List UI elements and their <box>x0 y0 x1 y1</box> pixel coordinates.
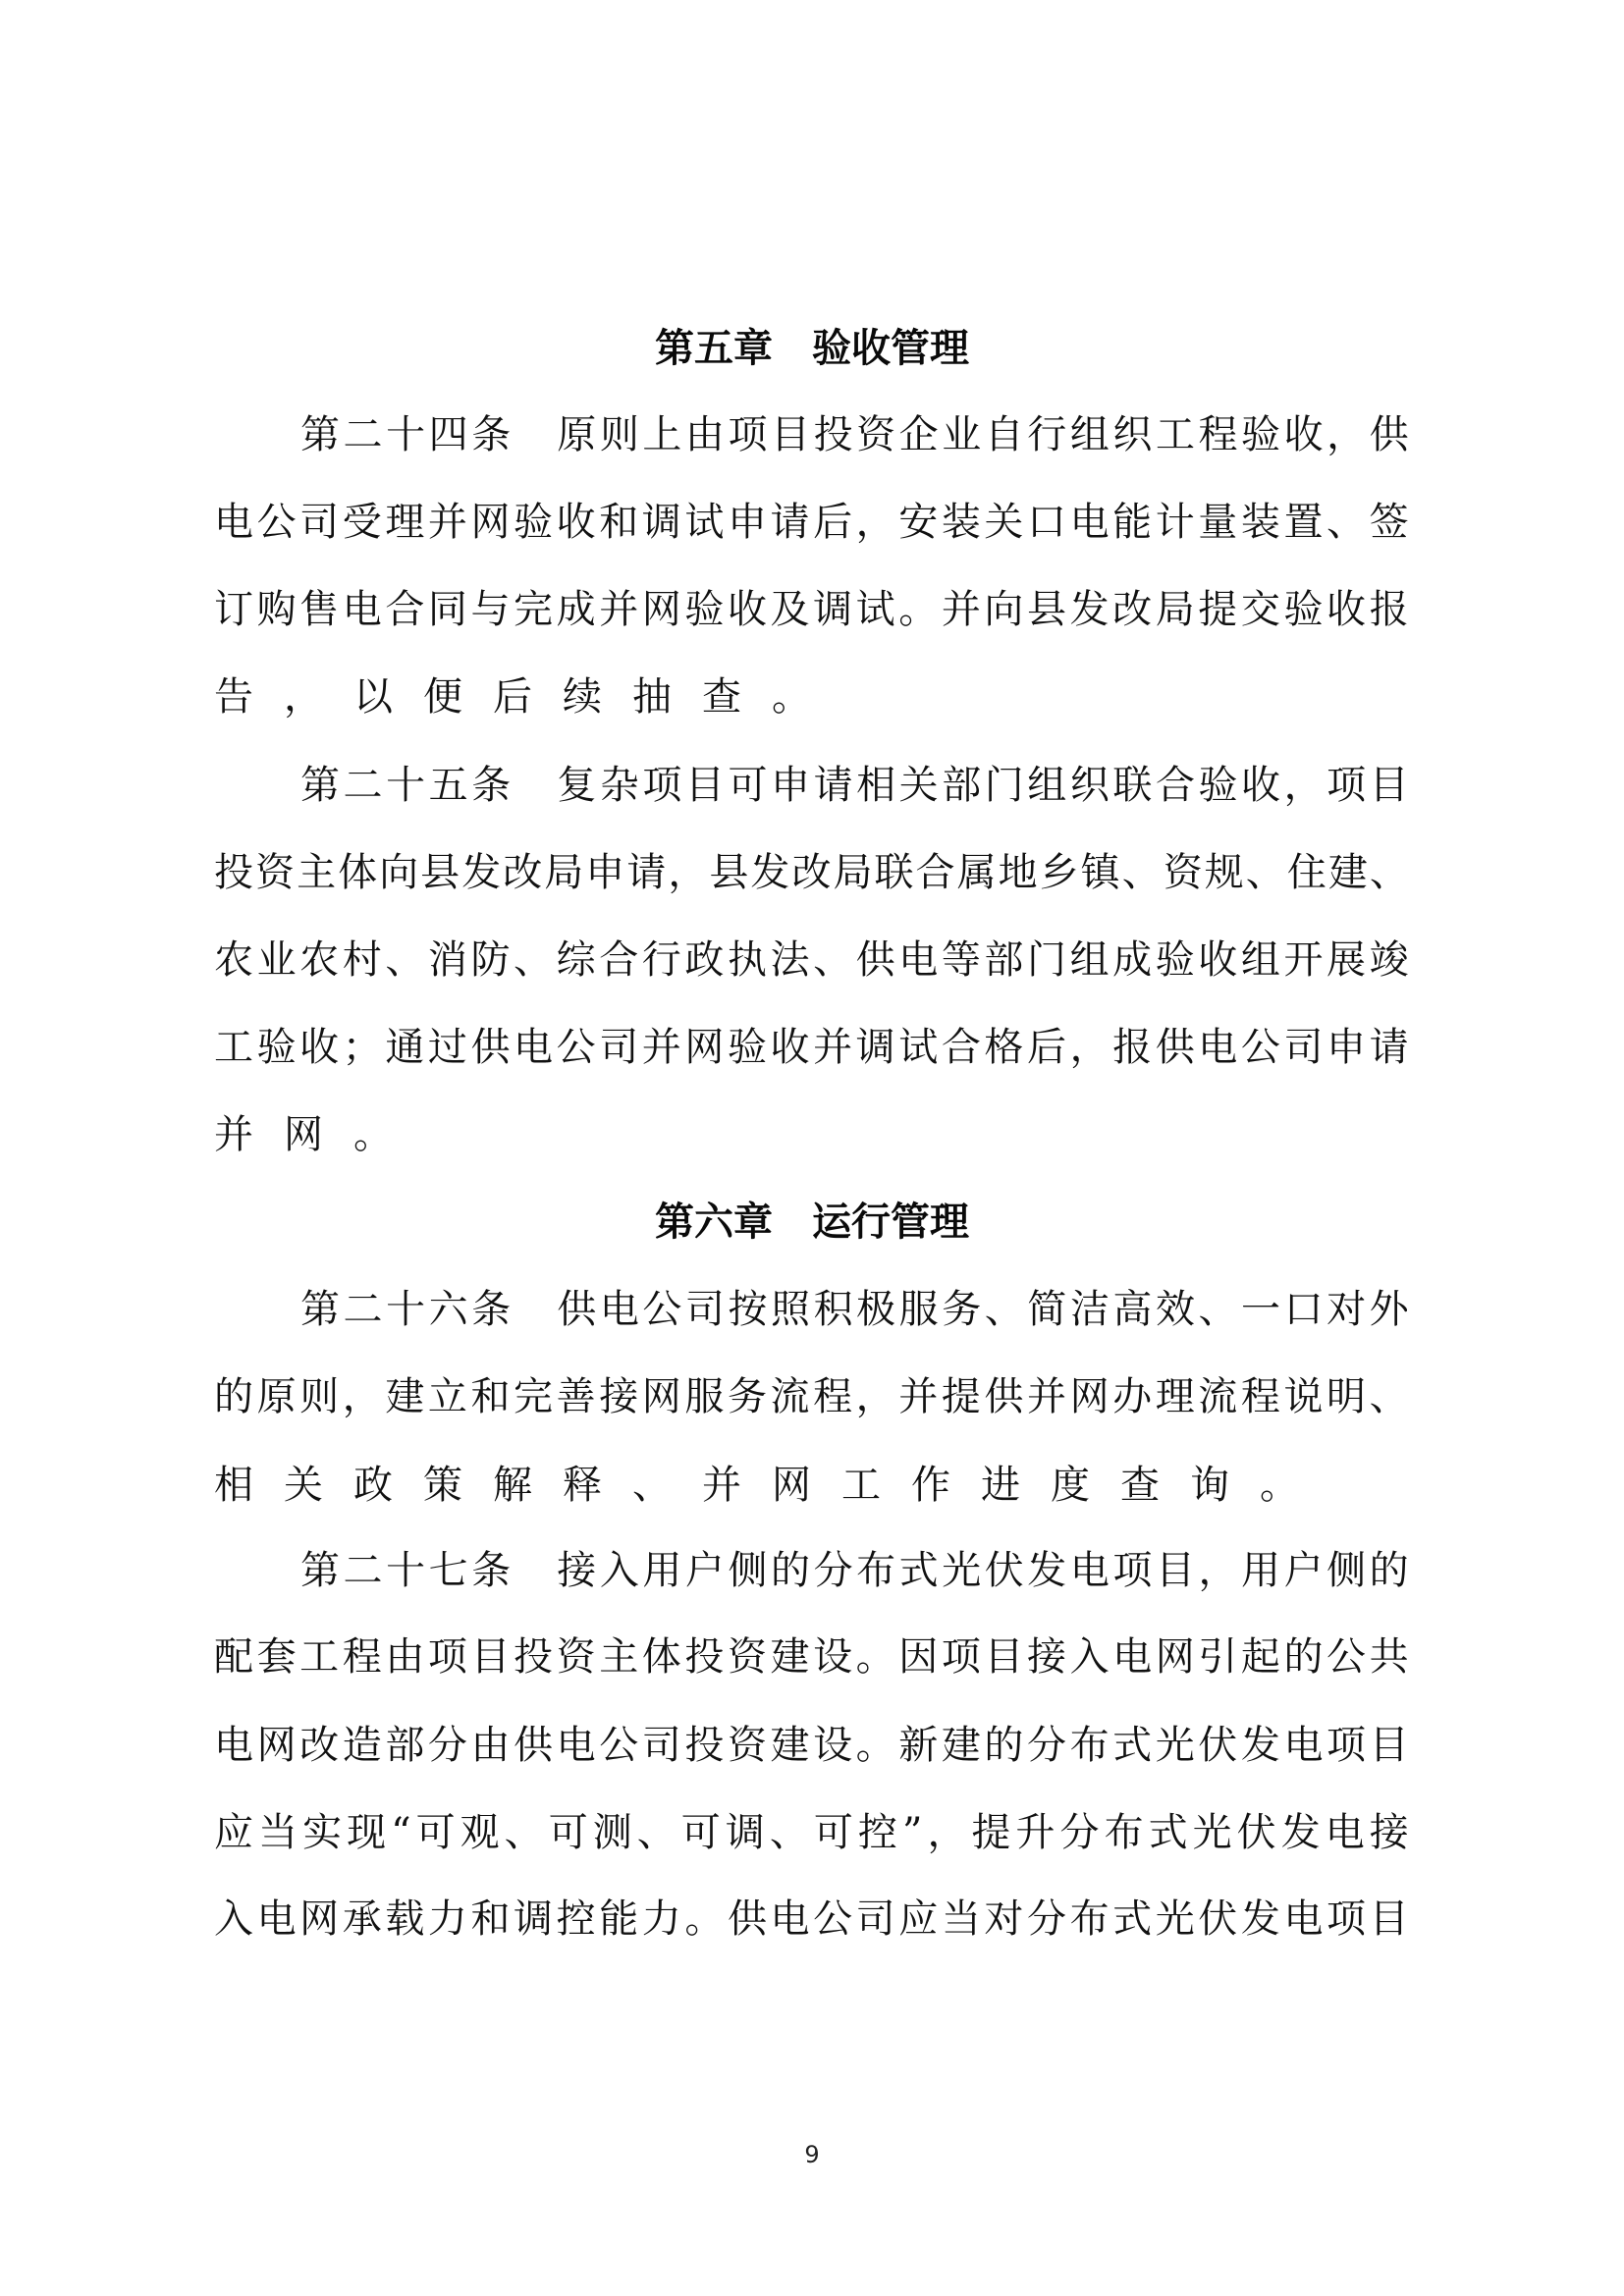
article-text-line: 相关政策解释、并网工作进度查询。 <box>214 1461 1409 1510</box>
page-number: 9 <box>0 2140 1624 2169</box>
article-text-line: 配套工程由项目投资主体投资建设。因项目接入电网引起的公共 <box>214 1632 1409 1682</box>
article-heading-line: 第二十六条 供电公司按照积极服务、简洁高效、一口对外 <box>300 1285 1409 1334</box>
article-text-line: 电公司受理并网验收和调试申请后，安装关口电能计量装置、签 <box>214 498 1409 547</box>
article-heading-line: 第二十五条 复杂项目可申请相关部门组织联合验收，项目 <box>300 761 1409 810</box>
article-text-line: 应当实现“可观、可测、可调、可控”，提升分布式光伏发电接 <box>214 1808 1409 1857</box>
article-text-line: 电网改造部分由供电公司投资建设。新建的分布式光伏发电项目 <box>214 1721 1409 1770</box>
article-heading-line: 第二十四条 原则上由项目投资企业自行组织工程验收，供 <box>300 410 1409 459</box>
article-text-line: 的原则，建立和完善接网服务流程，并提供并网办理流程说明、 <box>214 1372 1409 1421</box>
article-text-line: 工验收；通过供电公司并网验收并调试合格后，报供电公司申请 <box>214 1023 1409 1072</box>
article-text-line: 入电网承载力和调控能力。供电公司应当对分布式光伏发电项目 <box>214 1895 1409 1944</box>
article-heading-line: 第二十七条 接入用户侧的分布式光伏发电项目，用户侧的 <box>300 1546 1409 1595</box>
chapter-title: 第六章 运行管理 <box>0 1198 1624 1247</box>
article-text-line: 订购售电合同与完成并网验收及调试。并向县发改局提交验收报 <box>214 585 1409 634</box>
article-text-line: 告，以便后续抽查。 <box>214 672 1409 721</box>
chapter-title: 第五章 验收管理 <box>0 324 1624 373</box>
article-text-line: 投资主体向县发改局申请，县发改局联合属地乡镇、资规、住建、 <box>214 848 1409 897</box>
document-page: 第五章 验收管理第二十四条 原则上由项目投资企业自行组织工程验收，供电公司受理并… <box>0 0 1624 2296</box>
article-text-line: 农业农村、消防、综合行政执法、供电等部门组成验收组开展竣 <box>214 935 1409 985</box>
article-text-line: 并网。 <box>214 1110 1409 1159</box>
